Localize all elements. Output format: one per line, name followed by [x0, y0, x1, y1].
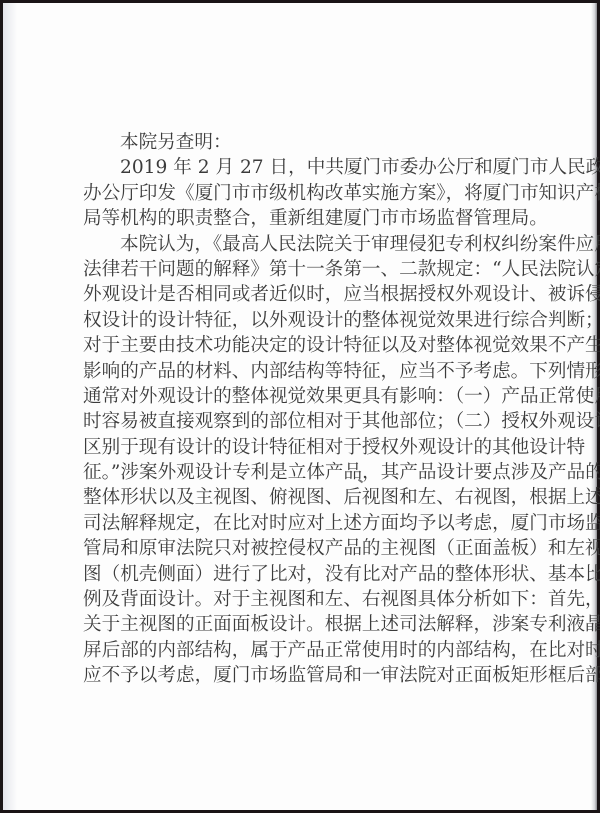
paragraph-court-opinion-line: 例及背面设计。对于主视图和左、右视图具体分析如下：首先， — [83, 587, 523, 612]
paragraph-court-opinion-line: 本院认为，《最高人民法院关于审理侵犯专利权纠纷案件应用 — [83, 232, 523, 257]
paragraph-finding-restructure-line: 局等机构的职责整合，重新组建厦门市市场监督管理局。 — [83, 206, 523, 231]
paragraph-court-opinion-line: 屏后部的内部结构，属于产品正常使用时的内部结构，在比对时 — [83, 638, 523, 663]
paragraph-finding-intro-line: 本院另查明： — [83, 130, 523, 155]
paragraph-court-opinion-line: 外观设计是否相同或者近似时，应当根据授权外观设计、被诉侵 — [83, 282, 523, 307]
paragraph-court-opinion-line: 管局和原审法院只对被控侵权产品的主视图（正面盖板）和左视 — [83, 536, 523, 561]
document-body: 本院另查明： 2019 年 2 月 27 日，中共厦门市委办公厅和厦门市人民政府… — [83, 130, 523, 689]
paragraph-court-opinion-line: 征。”涉案外观设计专利是立体产品，其产品设计要点涉及产品的 — [83, 460, 523, 485]
paragraph-court-opinion-line: 权设计的设计特征，以外观设计的整体视觉效果进行综合判断； — [83, 308, 523, 333]
paragraph-court-opinion-line: 应不予以考虑，厦门市场监管局和一审法院对正面板矩形框后部 — [83, 663, 523, 688]
paragraph-court-opinion-line: 司法解释规定，在比对时应对上述方面均予以考虑，厦门市场监 — [83, 511, 523, 536]
paragraph-court-opinion-line: 法律若干问题的解释》第十一条第一、二款规定：“人民法院认定 — [83, 257, 523, 282]
paragraph-finding-restructure-line: 办公厅印发《厦门市市级机构改革实施方案》，将厦门市知识产权 — [83, 181, 523, 206]
page-edge-shadow-left — [3, 3, 17, 810]
paragraph-court-opinion-line: 区别于现有设计的设计特征相对于授权外观设计的其他设计特 — [83, 435, 523, 460]
paragraph-finding-restructure-line: 2019 年 2 月 27 日，中共厦门市委办公厅和厦门市人民政府 — [83, 155, 523, 180]
paragraph-court-opinion-line: 时容易被直接观察到的部位相对于其他部位；（二）授权外观设计 — [83, 409, 523, 434]
paragraph-court-opinion-line: 通常对外观设计的整体视觉效果更具有影响：（一）产品正常使用 — [83, 384, 523, 409]
paragraph-court-opinion-line: 整体形状以及主视图、俯视图、后视图和左、右视图，根据上述 — [83, 485, 523, 510]
paragraph-court-opinion-line: 关于主视图的正面面板设计。根据上述司法解释，涉案专利液晶 — [83, 612, 523, 637]
scanned-document-page: 本院另查明： 2019 年 2 月 27 日，中共厦门市委办公厅和厦门市人民政府… — [3, 3, 597, 810]
paragraph-court-opinion-line: 影响的产品的材料、内部结构等特征，应当不予考虑。下列情形， — [83, 359, 523, 384]
paragraph-court-opinion-line: 对于主要由技术功能决定的设计特征以及对整体视觉效果不产生 — [83, 333, 523, 358]
paragraph-court-opinion-line: 图（机壳侧面）进行了比对，没有比对产品的整体形状、基本比 — [83, 562, 523, 587]
